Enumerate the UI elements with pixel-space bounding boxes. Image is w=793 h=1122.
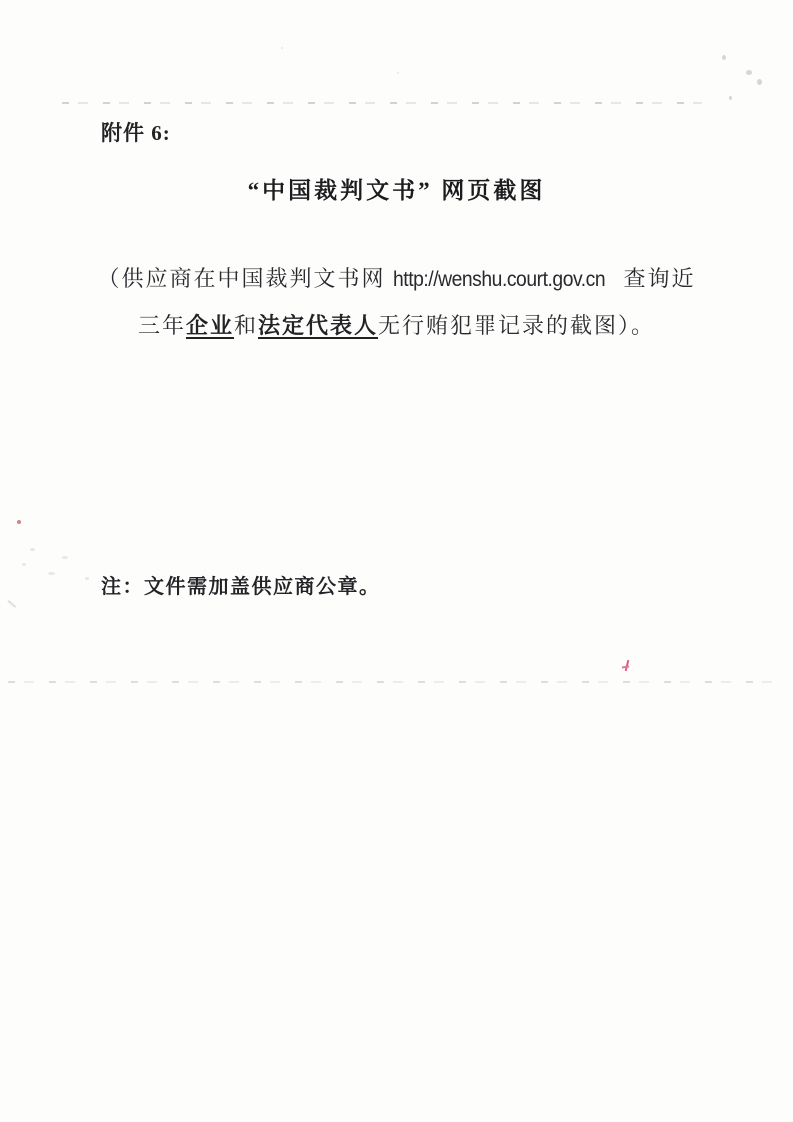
paragraph-line-1: （供应商在中国裁判文书网 http://wenshu.court.gov.cn查…	[0, 262, 793, 293]
scan-speck	[281, 47, 283, 49]
paragraph-line-1-prefix: （供应商在中国裁判文书网	[97, 266, 393, 291]
scan-speck	[397, 72, 399, 74]
underlined-term-legal-representative: 法定代表人	[258, 313, 378, 338]
url-text: http://wenshu.court.gov.cn	[393, 268, 605, 292]
scan-mark-diagonal	[8, 600, 17, 608]
scan-speck	[62, 556, 68, 559]
scanned-document-page: 附件 6: “中国裁判文书” 网页截图 （供应商在中国裁判文书网 http://…	[0, 0, 793, 1122]
paragraph-line-2-suffix: 无行贿犯罪记录的截图）。	[378, 313, 655, 338]
scan-speck-red	[17, 520, 21, 524]
attachment-label: 附件 6:	[101, 117, 171, 147]
scan-speck	[30, 548, 35, 551]
paragraph-line-1-suffix: 查询近	[624, 266, 696, 291]
note-text: 注：文件需加盖供应商公章。	[101, 570, 381, 599]
scan-speck	[729, 96, 732, 100]
scan-speck	[757, 79, 762, 85]
scan-speck	[746, 70, 752, 75]
scan-speck	[85, 577, 89, 580]
scan-mark-pink	[622, 660, 630, 671]
scan-artifact-line-top	[62, 102, 702, 104]
underlined-term-company: 企业	[186, 313, 234, 338]
scan-speck	[22, 563, 26, 566]
scan-speck	[48, 572, 55, 575]
page-title: “中国裁判文书” 网页截图	[0, 172, 793, 205]
scan-artifact-line-lower	[8, 681, 786, 683]
paragraph-line-2-prefix: 三年	[138, 313, 186, 338]
paragraph-line-2: 三年企业和法定代表人无行贿犯罪记录的截图）。	[0, 309, 793, 340]
paragraph-line-2-mid: 和	[234, 313, 258, 338]
scan-speck	[722, 55, 726, 60]
